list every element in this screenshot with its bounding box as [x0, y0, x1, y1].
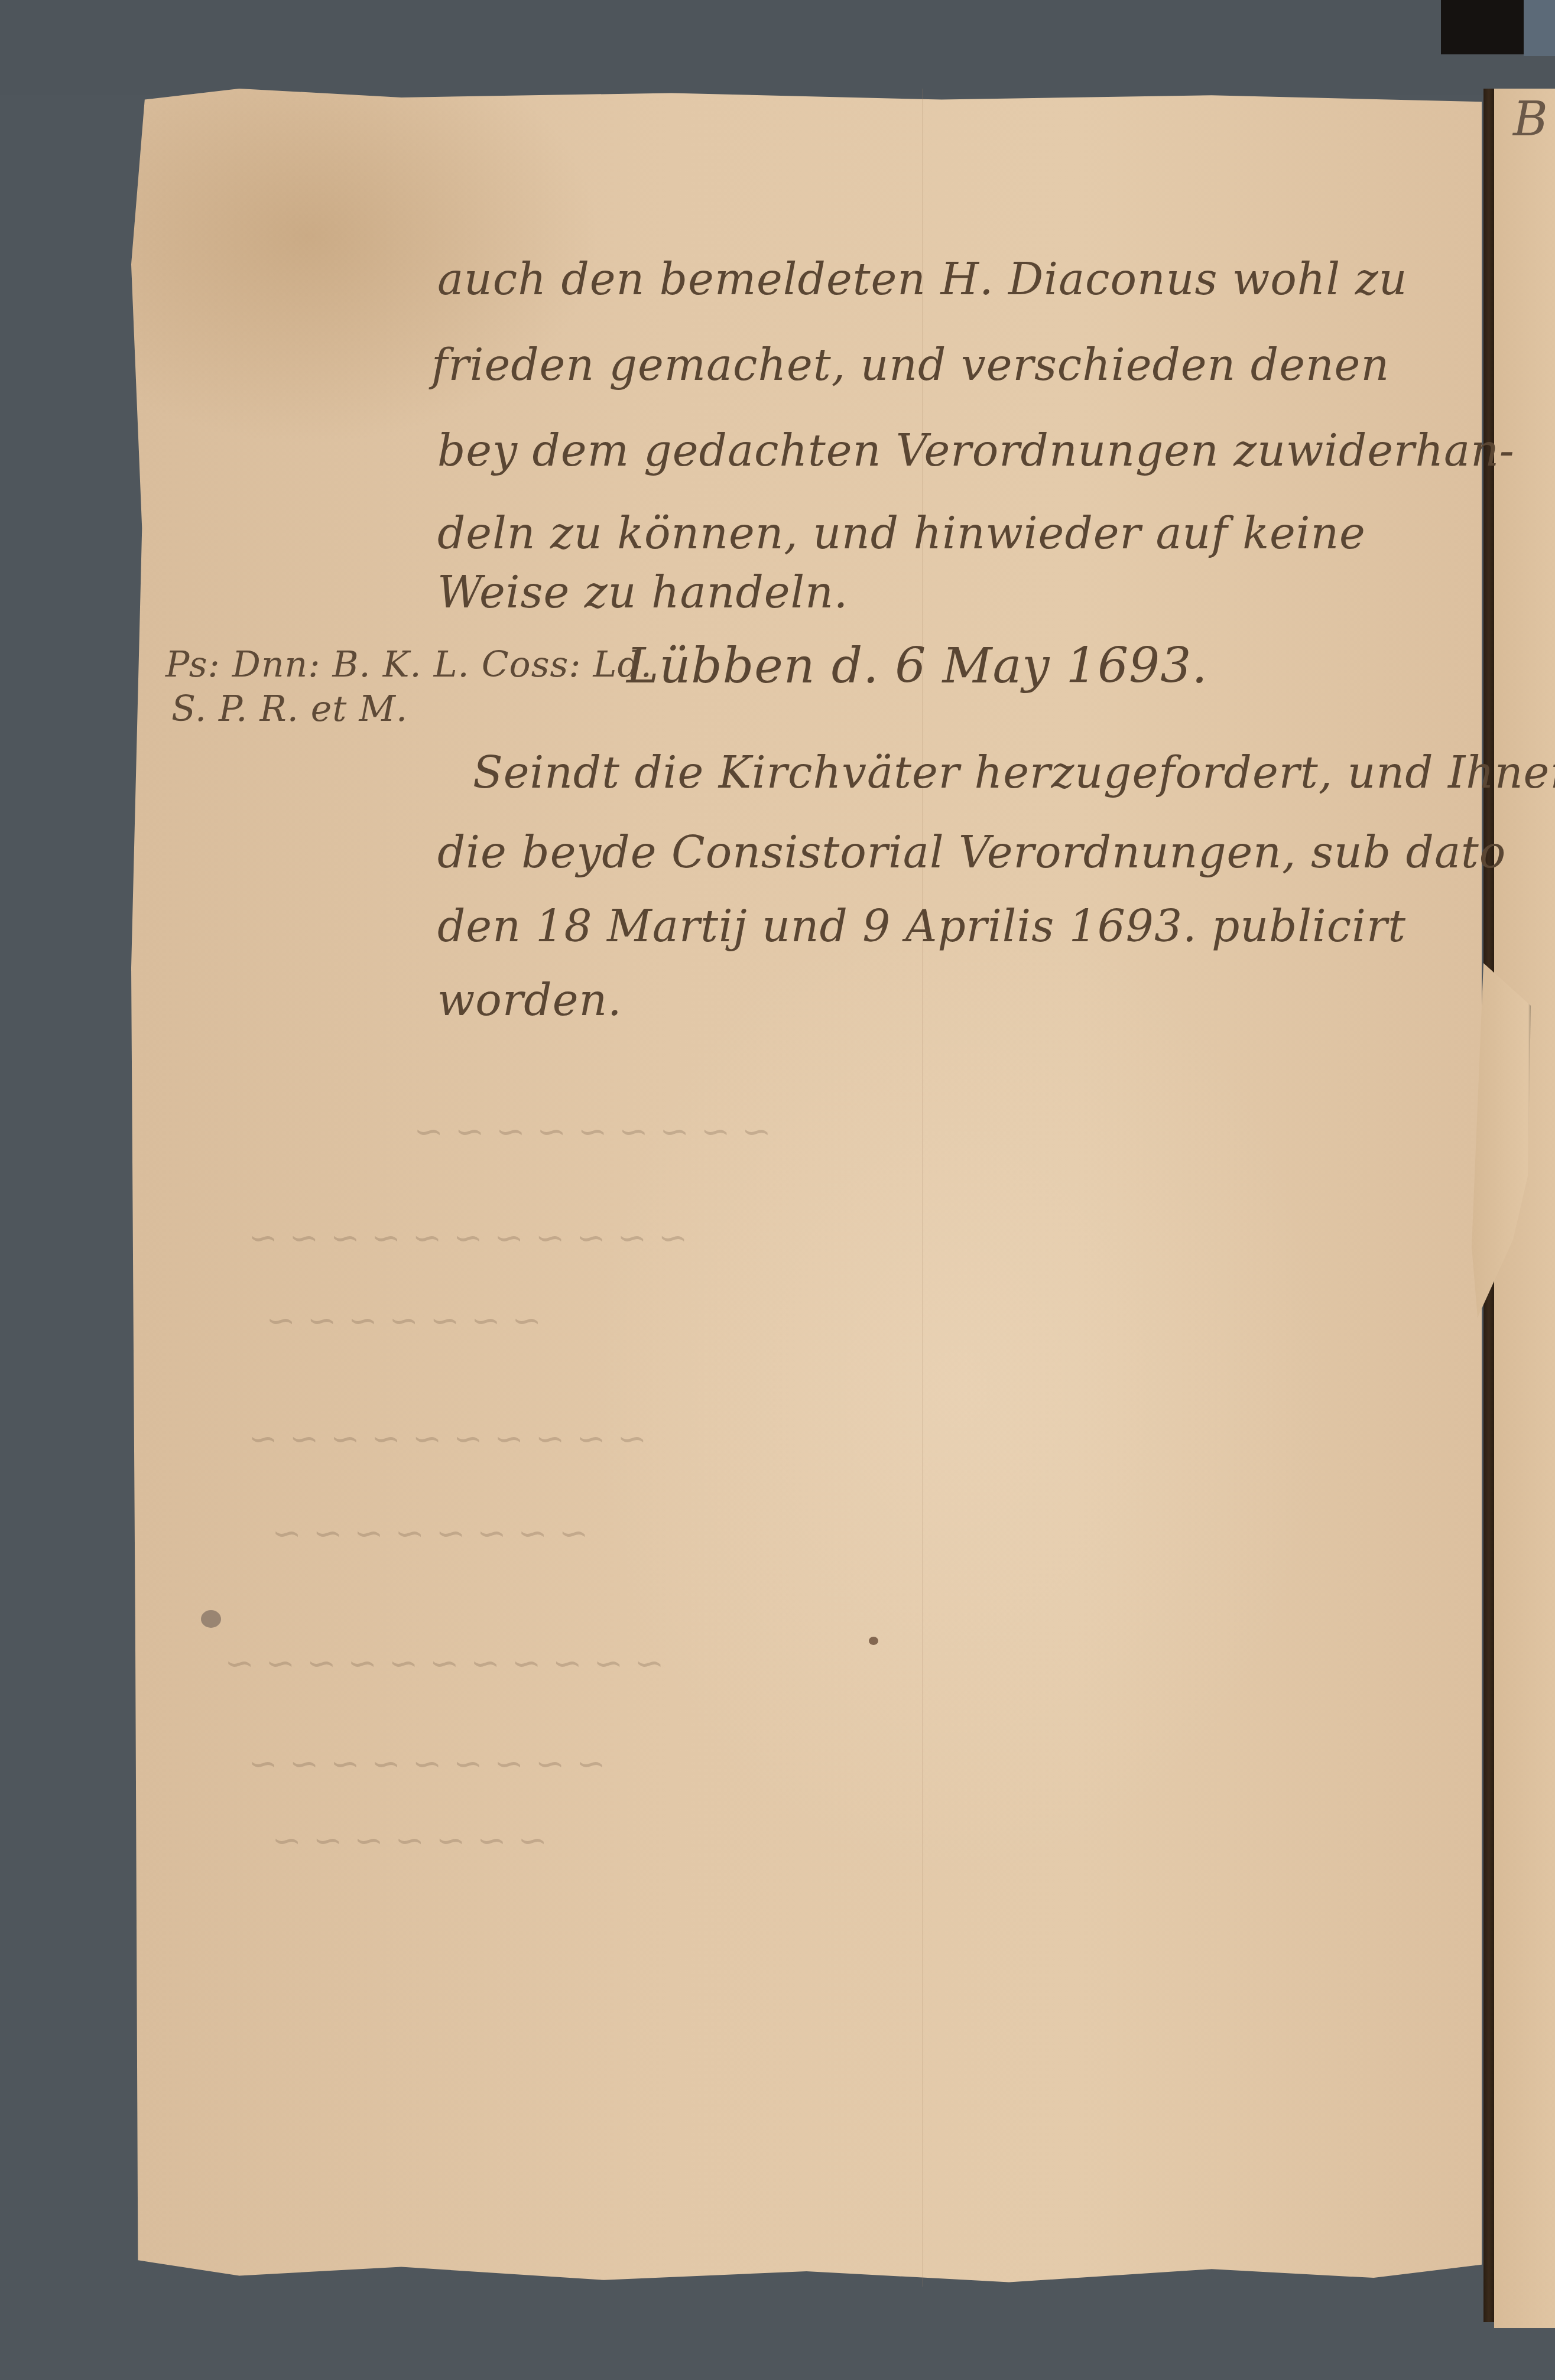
text-line: frieden gemachet, und verschieden denen	[431, 340, 1390, 391]
text-line: deln zu können, und hinwieder auf keine	[437, 508, 1366, 559]
text-line: die beyde Consistorial Verordnungen, sub…	[437, 827, 1506, 878]
text-line: Weise zu handeln.	[437, 567, 848, 618]
paper-fold	[922, 89, 923, 2287]
text-line: den 18 Martij und 9 Aprilis 1693. public…	[437, 901, 1406, 952]
bleed-line: ~ ~ ~ ~ ~ ~ ~ ~ ~ ~	[248, 1418, 647, 1459]
scan-backdrop-strip	[1524, 0, 1555, 56]
bleed-line: ~ ~ ~ ~ ~ ~ ~	[266, 1300, 541, 1341]
bleed-line: ~ ~ ~ ~ ~ ~ ~ ~ ~	[248, 1743, 606, 1784]
margin-note-line: Ps: Dnn: B. K. L. Coss: Ld.	[165, 644, 652, 685]
bleed-line: ~ ~ ~ ~ ~ ~ ~ ~ ~ ~ ~	[248, 1217, 688, 1259]
text-line: Seindt die Kirchväter herzugefordert, un…	[473, 747, 1555, 798]
ink-spot	[869, 1637, 878, 1645]
margin-note-line: S. P. R. et M.	[171, 688, 408, 730]
binding-gap	[1441, 0, 1524, 54]
bleed-line: ~ ~ ~ ~ ~ ~ ~ ~ ~ ~ ~	[225, 1643, 664, 1684]
bleed-line: ~ ~ ~ ~ ~ ~ ~	[272, 1820, 547, 1861]
bleed-line: ~ ~ ~ ~ ~ ~ ~ ~ ~	[414, 1111, 771, 1152]
text-line: bey dem gedachten Verordnungen zuwiderha…	[437, 425, 1515, 476]
entry-date-header: Lübben d. 6 May 1693.	[626, 638, 1208, 694]
adjacent-page-glyph: B	[1513, 92, 1548, 147]
bleed-line: ~ ~ ~ ~ ~ ~ ~ ~	[272, 1513, 589, 1554]
manuscript-page	[131, 89, 1482, 2287]
scan-backdrop	[0, 0, 1555, 95]
text-line: auch den bemeldeten H. Diaconus wohl zu	[437, 254, 1407, 305]
text-line: worden.	[437, 975, 622, 1026]
ink-blot	[201, 1610, 221, 1628]
